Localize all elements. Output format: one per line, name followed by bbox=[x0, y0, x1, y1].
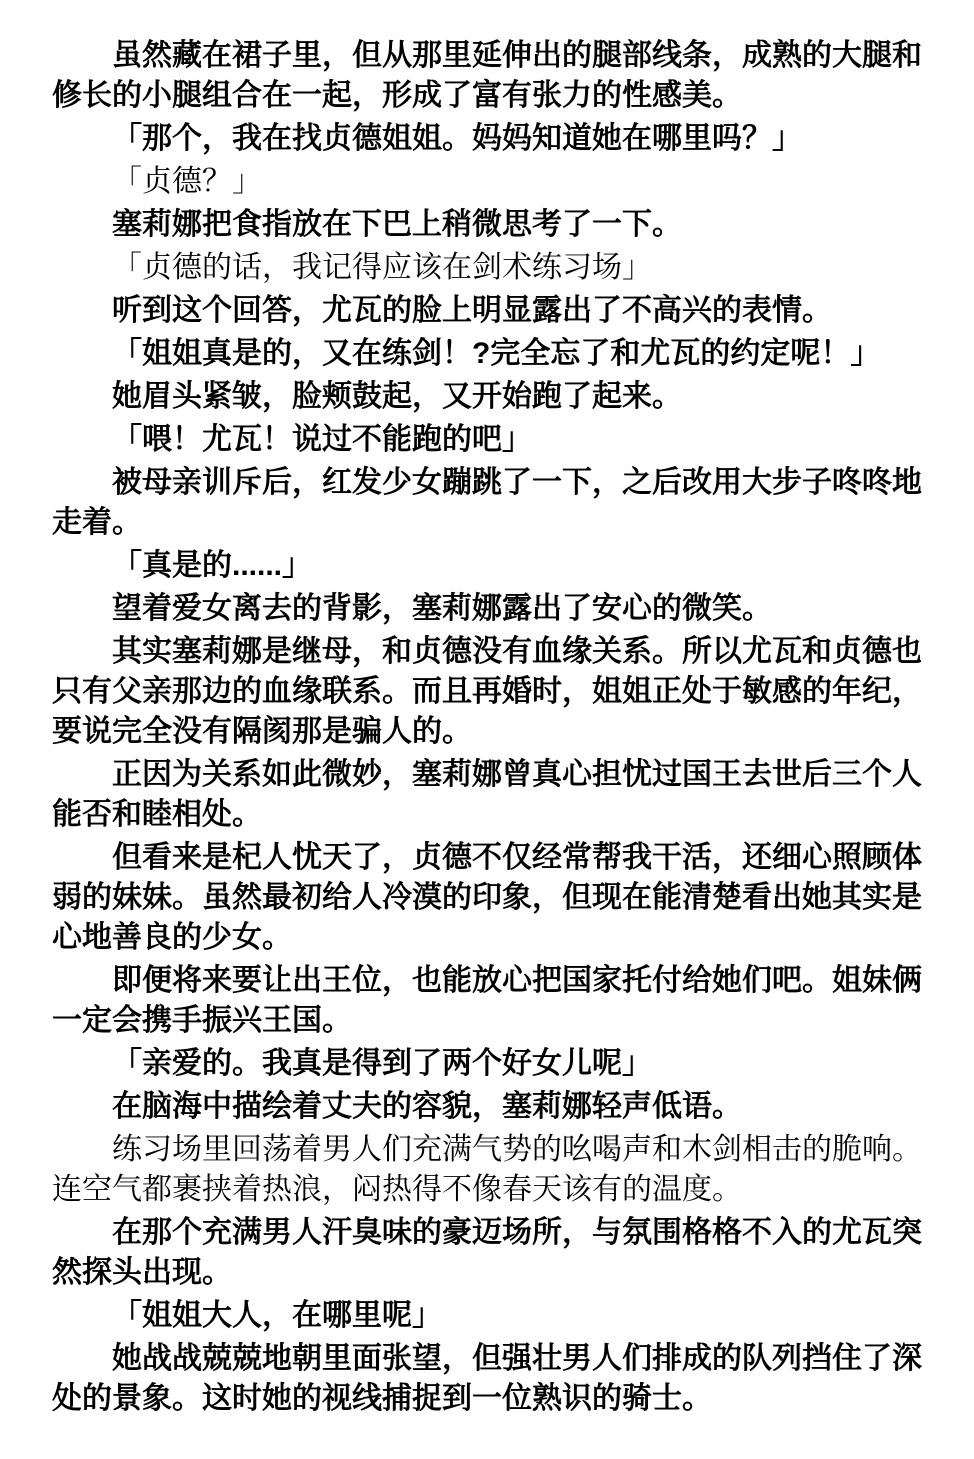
dialogue-paragraph: 「亲爱的。我真是得到了两个好女儿呢」 bbox=[52, 1044, 922, 1084]
narration-paragraph: 塞莉娜把食指放在下巴上稍微思考了一下。 bbox=[52, 205, 922, 245]
dialogue-paragraph: 「喂！尤瓦！说过不能跑的吧」 bbox=[52, 420, 922, 460]
narration-paragraph: 望着爱女离去的背影，塞莉娜露出了安心的微笑。 bbox=[52, 589, 922, 629]
narration-paragraph: 被母亲训斥后，红发少女蹦跳了一下，之后改用大步子咚咚地走着。 bbox=[52, 463, 922, 543]
narration-paragraph: 她战战兢兢地朝里面张望，但强壮男人们排成的队列挡住了深处的景象。这时她的视线捕捉… bbox=[52, 1339, 922, 1419]
narration-paragraph: 在脑海中描绘着丈夫的容貌，塞莉娜轻声低语。 bbox=[52, 1087, 922, 1127]
narration-paragraph: 但看来是杞人忧天了，贞德不仅经常帮我干活，还细心照顾体弱的妹妹。虽然最初给人冷漠… bbox=[52, 838, 922, 958]
dialogue-paragraph: 「那个，我在找贞德姐姐。妈妈知道她在哪里吗？」 bbox=[52, 119, 922, 159]
narration-paragraph: 正因为关系如此微妙，塞莉娜曾真心担忧过国王去世后三个人能否和睦相处。 bbox=[52, 755, 922, 835]
narration-paragraph: 她眉头紧皱，脸颊鼓起，又开始跑了起来。 bbox=[52, 377, 922, 417]
dialogue-paragraph: 「贞德？」 bbox=[52, 162, 922, 202]
novel-text-body: 虽然藏在裙子里，但从那里延伸出的腿部线条，成熟的大腿和修长的小腿组合在一起，形成… bbox=[0, 0, 974, 1419]
narration-paragraph: 在那个充满男人汗臭味的豪迈场所，与氛围格格不入的尤瓦突然探头出现。 bbox=[52, 1213, 922, 1293]
dialogue-paragraph: 「姐姐大人，在哪里呢」 bbox=[52, 1296, 922, 1336]
dialogue-paragraph: 「贞德的话，我记得应该在剑术练习场」 bbox=[52, 248, 922, 288]
narration-paragraph: 其实塞莉娜是继母，和贞德没有血缘关系。所以尤瓦和贞德也只有父亲那边的血缘联系。而… bbox=[52, 632, 922, 752]
narration-paragraph: 虽然藏在裙子里，但从那里延伸出的腿部线条，成熟的大腿和修长的小腿组合在一起，形成… bbox=[52, 36, 922, 116]
narration-paragraph: 听到这个回答，尤瓦的脸上明显露出了不高兴的表情。 bbox=[52, 291, 922, 331]
dialogue-paragraph: 「真是的......」 bbox=[52, 546, 922, 586]
dialogue-paragraph: 「姐姐真是的，又在练剑！?完全忘了和尤瓦的约定呢！」 bbox=[52, 334, 922, 374]
narration-paragraph: 练习场里回荡着男人们充满气势的吆喝声和木剑相击的脆响。连空气都裹挟着热浪，闷热得… bbox=[52, 1130, 922, 1210]
narration-paragraph: 即便将来要让出王位，也能放心把国家托付给她们吧。姐妹俩一定会携手振兴王国。 bbox=[52, 961, 922, 1041]
document-page: 虽然藏在裙子里，但从那里延伸出的腿部线条，成熟的大腿和修长的小腿组合在一起，形成… bbox=[0, 0, 974, 1459]
